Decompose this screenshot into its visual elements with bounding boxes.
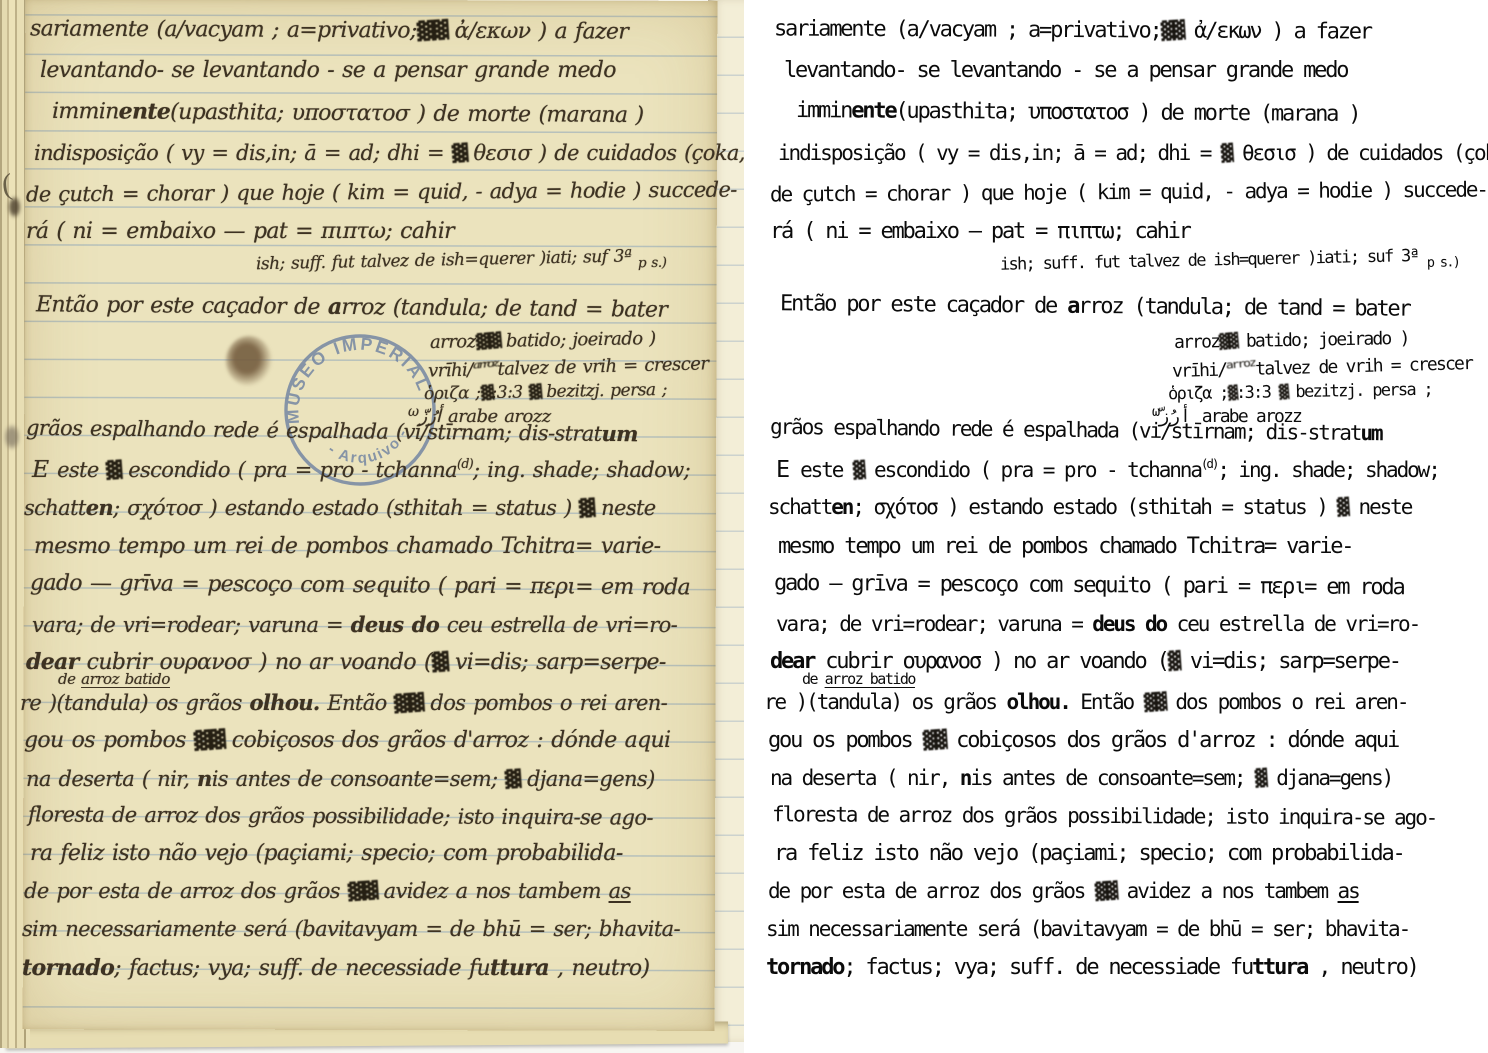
ink-scribble: ▓ [480, 386, 492, 401]
text-segment: neste [1348, 495, 1411, 519]
transcription-line: Então por este caçador de arroz (tandula… [780, 293, 1410, 320]
text-segment: ceu estrella de vri=ro- [439, 613, 677, 637]
manuscript-line: de arroz batido [58, 672, 170, 687]
transcription-line: na deserta ( nir, nis antes de consoante… [770, 768, 1392, 789]
ink-scribble: ▓ [1220, 145, 1232, 163]
text-segment: cobiçosos dos grãos d'arroz : dónde aqui [224, 728, 671, 753]
text-segment: gado — grīva = pescoço com sequito ( par… [774, 571, 1404, 600]
text-segment: ente [119, 98, 171, 124]
manuscript-line: sim necessariamente será (bavitavyam = d… [22, 919, 680, 940]
manuscript-line: de por esta de arroz dos grãos ▓▓ avidez… [24, 881, 631, 902]
transcription-line: re )(tandula) os grãos olhou. Então ▓▓ d… [764, 692, 1407, 713]
ink-scribble: ▓ [1254, 770, 1266, 788]
ink-scribble: ▓ [852, 462, 864, 480]
ink-scribble: ▓▓ [394, 694, 423, 713]
transcription-line: grãos espalhando rede é espalhada (vi/st… [770, 417, 1382, 444]
text-segment: olhou. [250, 690, 320, 715]
manuscript-line: re )(tandula) os grãos olhou. Então ▓▓ d… [20, 692, 667, 714]
text-segment: dos pombos o rei aren- [1165, 690, 1408, 714]
text-segment: floresta de arroz dos grãos possibilidad… [28, 802, 653, 829]
text-segment: ra feliz isto não vejo (paçiami; specio;… [774, 841, 1404, 866]
text-segment: batido; joeirado ) [499, 328, 656, 352]
ink-scribble: ▓▓ [475, 334, 500, 350]
manuscript-line: na deserta ( nir, nis antes de consoante… [26, 768, 655, 790]
text-segment: este [57, 458, 106, 482]
text-segment: Então por este caçador de [780, 291, 1067, 319]
ink-scribble: ▓ [528, 385, 540, 400]
text-segment: bezitzj. persa ; [1287, 380, 1432, 403]
transcription-text-layer: sariamente (a/vacyam ; a=privativo;▓▓ ἀ/… [744, 0, 1488, 1053]
ink-scribble: ▓ [1337, 499, 1349, 517]
manuscript-line: ὁριζα ;▓:3:3 ▓ bezitzj. persa ; [424, 382, 667, 403]
text-segment: gou os pombos [768, 728, 923, 753]
transcription-line: vrīhi/arroztalvez de vrih = crescer [1172, 353, 1473, 381]
manuscript-line: de çutch = chorar ) que hoje ( kim = qui… [26, 180, 737, 206]
text-segment: de [58, 670, 81, 688]
text-segment: rá ( ni = embaixo — pat = πιπτω; cahir [770, 219, 1190, 244]
transcription-line: tornado; factus; vya; suff. de necessiad… [766, 957, 1418, 979]
text-segment: schatt [768, 495, 831, 519]
ink-scribble: ▓▓ [1143, 693, 1165, 711]
ink-scribble: ▓ [451, 145, 466, 163]
ink-scribble: ▓ [431, 654, 447, 673]
transcription-line: rá ( ni = embaixo — pat = πιπτω; cahir [770, 221, 1190, 243]
text-segment: n [197, 766, 212, 791]
text-segment: n [960, 766, 971, 790]
ink-scribble: ▓ [1167, 653, 1179, 671]
text-segment: um [601, 421, 637, 446]
text-segment: levantando- se levantando - se a pensar … [784, 58, 1347, 83]
text-segment: gado — grīva = pescoço com sequito ( par… [30, 571, 690, 601]
transcription-line: floresta de arroz dos grãos possibilidad… [772, 804, 1436, 828]
text-segment: djana=gens) [519, 767, 654, 791]
manuscript-line: vara; de vri=rodear; varuna = deus do ce… [32, 614, 677, 636]
text-segment: ish; suff. fut talvez de ish=querer )iat… [1000, 246, 1427, 275]
ink-scribble: ▓ [1227, 387, 1236, 401]
ink-scribble: ▓ [1278, 386, 1287, 400]
transcription-line: indisposição ( vy = dis,in; ā = ad; dhi … [778, 143, 1488, 164]
text-segment: Então [1070, 690, 1144, 714]
text-segment: ttura [1252, 955, 1307, 980]
text-segment: ente [851, 98, 895, 123]
ink-scribble: ▓▓ [193, 731, 224, 751]
text-segment: escondido ( pra = pro - tchanna [121, 458, 458, 482]
text-segment: arroz [430, 331, 476, 353]
text-segment: , neutro) [1307, 955, 1417, 980]
text-segment: neste [593, 496, 655, 520]
text-segment: θεσισ ) de cuidados (çoka, [466, 141, 744, 165]
text-segment: (d) [1201, 456, 1217, 471]
manuscript-line: floresta de arroz dos grãos possibilidad… [28, 804, 653, 828]
ink-scribble: ▓▓ [347, 882, 376, 901]
transcription-page: sariamente (a/vacyam ; a=privativo;▓▓ ἀ/… [744, 0, 1488, 1053]
text-segment: a [1067, 294, 1078, 319]
text-segment: re )(tandula) os grãos [20, 691, 250, 715]
text-segment: E [32, 455, 57, 483]
text-segment: sim necessariamente será (bavitavyam = d… [766, 917, 1409, 941]
text-segment: deus do [351, 612, 439, 637]
text-segment: um [1360, 421, 1381, 445]
transcription-line: de por esta de arroz dos grãos ▓▓ avidez… [768, 881, 1359, 902]
text-segment: a [328, 294, 342, 320]
text-segment: levantando- se levantando - se a pensar … [40, 58, 616, 83]
text-segment: na deserta ( nir, [770, 766, 960, 790]
transcription-line: de arroz batido [802, 672, 915, 687]
text-segment: este [800, 458, 853, 482]
text-segment: de çutch = chorar ) que hoje ( kim = qui… [770, 177, 1487, 206]
text-segment: as [609, 879, 631, 903]
text-segment: indisposição ( vy = dis,in; ā = ad; dhi … [778, 141, 1221, 165]
manuscript-line: schatten; σχότοσ ) estando estado (sthit… [24, 497, 656, 519]
manuscript-line: ish; suff. fut talvez de ish=querer )iat… [256, 248, 667, 279]
text-segment: en [86, 495, 113, 520]
manuscript-line: arroz▓▓ batido; joeirado ) [430, 330, 656, 352]
text-segment: cobiçosos dos grãos d'arroz : dónde aqui [945, 728, 1398, 753]
text-segment: sariamente (a/vacyam ; a=privativo; [774, 16, 1161, 43]
text-segment: en [831, 495, 852, 519]
transcription-line: vara; de vri=rodear; varuna = deus do ce… [776, 614, 1419, 635]
text-segment: arroz batido [81, 670, 170, 688]
ink-scribble: ▓ [579, 500, 594, 518]
text-segment: ὁριζα ; [424, 383, 481, 404]
transcription-line: sariamente (a/vacyam ; a=privativo;▓▓ ἀ/… [774, 18, 1371, 43]
text-segment: deus do [1092, 612, 1166, 636]
manuscript-page: ( MUSEO IMPERIAL - Arquivo - sariamente … [0, 0, 744, 1053]
text-segment: mesmo tempo um rei de pombos chamado Tch… [34, 534, 660, 559]
manuscript-line: indisposição ( vy = dis,in; ā = ad; dhi … [34, 143, 744, 164]
manuscript-line: E este ▓ escondido ( pra = pro - tchanna… [32, 458, 690, 482]
text-segment: ὁριζα ; [1168, 383, 1228, 404]
text-segment: gou os pombos [24, 728, 194, 753]
ink-scribble: ▓ [106, 462, 121, 480]
manuscript-line: mesmo tempo um rei de pombos chamado Tch… [34, 536, 660, 558]
text-segment: immin [796, 98, 851, 123]
ink-scribble: ▓ [505, 771, 520, 789]
ink-scribble: ▓▓ [1094, 882, 1116, 900]
ink-scribble: arroz [472, 359, 498, 372]
text-segment: , neutro) [549, 956, 649, 981]
transcription-line: sim necessariamente será (bavitavyam = d… [766, 919, 1409, 940]
text-segment: arroz batido [825, 670, 915, 688]
text-segment: mesmo tempo um rei de pombos chamado Tch… [778, 534, 1352, 559]
transcription-line: arroz▓▓ batido; joeirado ) [1174, 330, 1409, 352]
text-segment: ttura [490, 955, 549, 981]
text-segment: ; ing. shade; shadow; [473, 458, 690, 482]
text-segment: p s.) [1427, 254, 1460, 271]
text-segment: sim necessariamente será (bavitavyam = d… [22, 917, 680, 941]
text-segment: immin [52, 99, 119, 124]
text-segment: :3:3 [491, 382, 529, 403]
text-segment: de çutch = chorar ) que hoje ( kim = qui… [26, 178, 737, 207]
text-segment: as [1338, 879, 1359, 903]
text-segment: avidez a nos tambem [1116, 879, 1337, 903]
manuscript-line: gou os pombos ▓▓ cobiçosos dos grãos d'a… [24, 730, 670, 752]
text-segment: :3:3 [1236, 382, 1279, 403]
text-segment: avidez a nos tambem [376, 879, 609, 903]
manuscript-line: vrīhi/arroztalvez de vrih = crescer [428, 353, 709, 380]
transcription-line: schatten; σχότοσ ) estando estado (sthit… [768, 497, 1411, 518]
text-segment: ra feliz isto não vejo (paçiami; specio;… [30, 841, 623, 866]
text-segment: de por esta de arroz dos grãos [768, 879, 1095, 903]
ink-scribble: ▓▓ [1160, 22, 1184, 41]
transcription-line: levantando- se levantando - se a pensar … [784, 60, 1347, 82]
text-segment: ceu estrella de vri=ro- [1166, 612, 1419, 636]
text-segment: (upasthita; υποστατοσ ) de morte (marana… [895, 99, 1359, 127]
text-segment: (d) [457, 456, 473, 471]
text-segment: vrīhi/ [1172, 360, 1227, 382]
ink-scribble: ▓▓ [922, 731, 946, 750]
text-segment: grãos espalhando rede é espalhada (vi/st… [26, 416, 602, 446]
text-segment: ; σχότοσ ) estando estado (sthitah = sta… [852, 495, 1337, 519]
transcription-line: mesmo tempo um rei de pombos chamado Tch… [778, 536, 1352, 558]
text-segment: is antes de consoante=sem; [212, 767, 506, 791]
text-segment: rroz (tandula; de tand = bater [1078, 294, 1410, 322]
text-segment: grãos espalhando rede é espalhada (vi/st… [770, 415, 1361, 445]
manuscript-line: ra feliz isto não vejo (paçiami; specio;… [30, 843, 623, 865]
text-segment: de [802, 670, 825, 688]
text-segment: talvez de vrih = crescer [1255, 353, 1472, 380]
text-segment: ω [408, 404, 418, 420]
manuscript-line: sariamente (a/vacyam ; a=privativo;▓▓ ἀ/… [30, 18, 628, 43]
transcription-line: ish; suff. fut talvez de ish=querer )iat… [1000, 247, 1460, 279]
manuscript-line: gado — grīva = pescoço com sequito ( par… [30, 573, 690, 600]
manuscript-line: levantando- se levantando - se a pensar … [40, 60, 616, 82]
transcription-line: ὁριζα ;▓:3:3 ▓ bezitzj. persa ; [1168, 382, 1432, 404]
text-segment: θεσισ ) de cuidados (çoka, [1231, 141, 1488, 165]
text-segment: indisposição ( vy = dis,in; ā = ad; dhi … [34, 141, 452, 165]
ink-scribble: ▓▓ [416, 22, 447, 41]
text-segment: Então por este caçador de [36, 292, 328, 320]
text-segment: vi=dis; sarp=serpe- [447, 650, 666, 675]
manuscript-line: grãos espalhando rede é espalhada (vi/st… [26, 417, 638, 445]
text-segment: sariamente (a/vacyam ; a=privativo; [30, 16, 417, 43]
text-segment: arroz [1174, 331, 1220, 353]
text-segment: ; factus; vya; suff. de necessiade fu [114, 956, 490, 981]
text-segment: escondido ( pra = pro - tchanna [864, 458, 1201, 482]
transcription-line: gou os pombos ▓▓ cobiçosos dos grãos d'a… [768, 730, 1398, 752]
text-segment: E [776, 455, 800, 483]
manuscript-line: tornado; factus; vya; suff. de necessiad… [22, 957, 649, 980]
text-segment: re )(tandula) os grãos [764, 690, 1007, 714]
text-segment: is antes de consoante=sem; [970, 766, 1255, 790]
text-segment: ; σχότοσ ) estando estado (sthitah = sta… [113, 496, 579, 520]
text-segment: schatt [24, 496, 86, 520]
text-segment: vara; de vri=rodear; varuna = [32, 613, 351, 637]
text-segment: de por esta de arroz dos grãos [24, 879, 348, 903]
text-segment: floresta de arroz dos grãos possibilidad… [772, 802, 1436, 829]
text-segment: vara; de vri=rodear; varuna = [776, 612, 1092, 636]
manuscript-line: rá ( ni = embaixo — pat = πιπτω; cahir [26, 221, 454, 243]
text-segment: tornado [766, 955, 843, 980]
text-segment: ἀ/εκων ) a fazer [446, 19, 628, 45]
text-segment: p s.) [638, 255, 667, 272]
text-segment: batido; joeirado ) [1237, 328, 1409, 352]
document-scan-view: ( MUSEO IMPERIAL - Arquivo - sariamente … [0, 0, 1488, 1053]
text-segment: tornado [22, 955, 114, 981]
ink-scribble: arroz [1226, 359, 1256, 372]
text-segment: olhou. [1007, 690, 1070, 714]
manuscript-line: Então por este caçador de arroz (tandula… [36, 293, 667, 322]
text-segment: na deserta ( nir, [26, 767, 197, 791]
transcription-line: gado — grīva = pescoço com sequito ( par… [774, 573, 1404, 599]
text-segment: dos pombos o rei aren- [423, 691, 667, 715]
text-segment: ish; suff. fut talvez de ish=querer )iat… [256, 246, 638, 274]
manuscript-line: imminente(upasthita; υποστατοσ ) de mort… [52, 100, 644, 127]
transcription-line: ra feliz isto não vejo (paçiami; specio;… [774, 843, 1404, 865]
text-segment: bezitzj. persa ; [540, 380, 667, 402]
ink-scribble: ▓▓ [1219, 334, 1238, 350]
text-segment: ἀ/εκων ) a fazer [1183, 19, 1371, 45]
transcription-line: de çutch = chorar ) que hoje ( kim = qui… [770, 179, 1487, 205]
manuscript-text-layer: sariamente (a/vacyam ; a=privativo;▓▓ ἀ/… [0, 0, 744, 1053]
text-segment: talvez de vrih = crescer [497, 353, 708, 380]
text-segment: djana=gens) [1266, 766, 1393, 790]
transcription-line: E este ▓ escondido ( pra = pro - tchanna… [776, 458, 1439, 482]
text-segment: ; ing. shade; shadow; [1217, 458, 1438, 482]
transcription-line: imminente(upasthita; υποστατοσ ) de mort… [796, 100, 1359, 126]
text-segment: rroz (tandula; de tand = bater [341, 295, 667, 323]
text-segment: Então [320, 691, 395, 715]
text-segment: vi=dis; sarp=serpe- [1179, 649, 1400, 674]
text-segment: rá ( ni = embaixo — pat = πιπτω; cahir [26, 219, 454, 244]
text-segment: vrīhi/ [428, 360, 473, 382]
text-segment: (upasthita; υποστατοσ ) de morte (marana… [170, 100, 643, 128]
text-segment: ; factus; vya; suff. de necessiade fu [843, 955, 1252, 980]
